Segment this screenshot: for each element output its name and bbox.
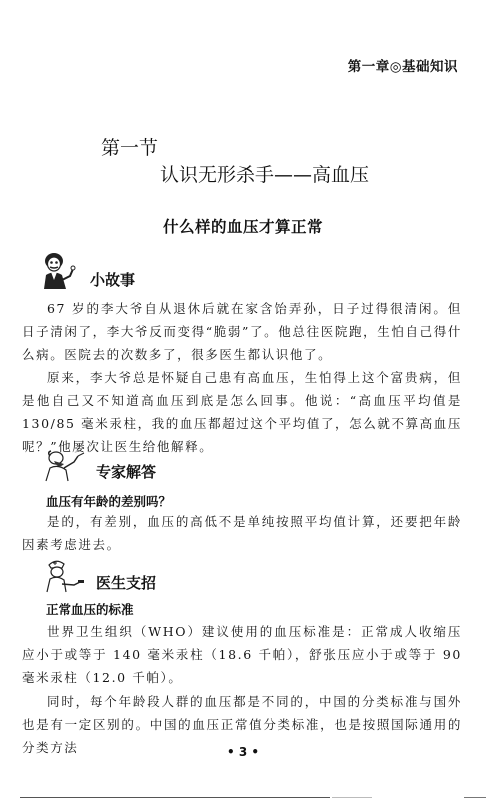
running-head: 第一章◎基础知识: [348, 55, 458, 75]
storyteller-figure-icon: [40, 250, 84, 294]
page-number: • 3 •: [0, 745, 486, 759]
story-subhead: 小故事: [40, 250, 135, 294]
expert-question: 血压有年龄的差别吗？: [46, 492, 171, 510]
expert-heading: 专家解答: [96, 461, 156, 482]
story-heading: 小故事: [90, 269, 135, 290]
bottom-rule-segment: [464, 797, 486, 798]
topic-title: 什么样的血压才算正常: [0, 215, 486, 237]
story-paragraph-2: 原来，李大爷总是怀疑自己患有高血压，生怕得上这个富贵病，但是他自己又不知道高血压…: [22, 366, 462, 458]
expert-figure-icon: [44, 448, 90, 486]
doctor-paragraph-1: 世界卫生组织（WHO）建议使用的血压标准是：正常成人收缩压应小于或等于 140 …: [22, 620, 462, 689]
doctor-figure-icon: [44, 557, 90, 597]
doctor-heading: 医生支招: [96, 572, 156, 593]
section-title: 认识无形杀手——高血压: [160, 160, 369, 187]
bottom-rule-segment: [332, 797, 372, 798]
bottom-rule: [20, 797, 330, 798]
doctor-subhead: 医生支招: [44, 557, 156, 597]
doctor-subheading: 正常血压的标准: [46, 600, 134, 618]
expert-subhead: 专家解答: [44, 448, 156, 486]
expert-answer: 是的，有差别，血压的高低不是单纯按照平均值计算，还要把年龄因素考虑进去。: [22, 510, 462, 556]
section-number: 第一节: [101, 133, 158, 160]
story-paragraph-1: 67 岁的李大爷自从退休后就在家含饴弄孙，日子过得很清闲。但日子清闲了，李大爷反…: [22, 297, 462, 366]
